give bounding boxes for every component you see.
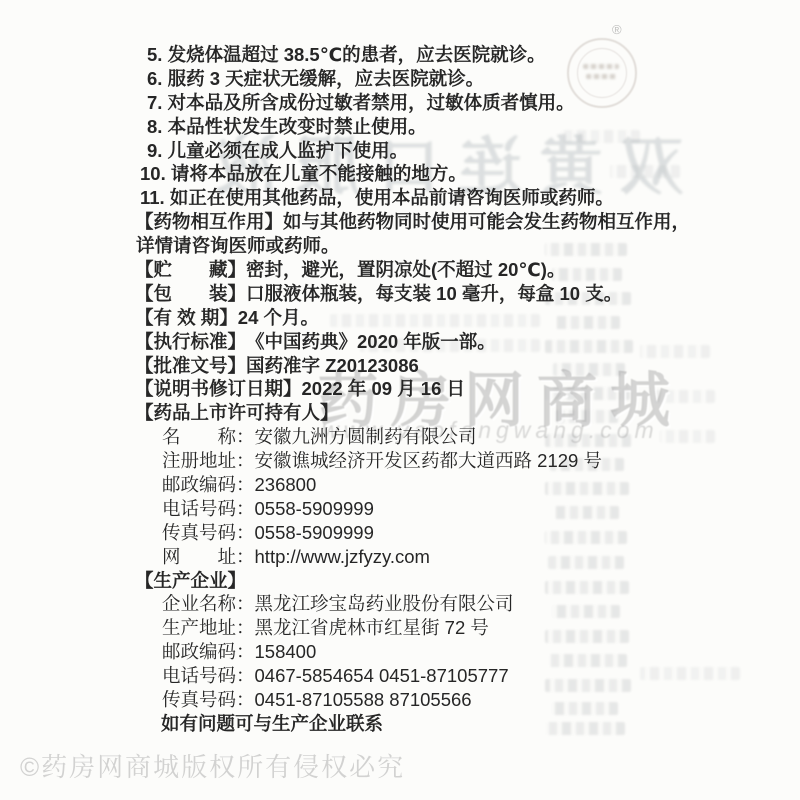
drug-interaction-continuation: 详情请咨询医师或药师。 (0, 234, 800, 258)
revision-date-label: 【说明书修订日期】 (135, 378, 302, 399)
manufacturer-address-row: 生产地址：黑龙江省虎林市红星街 72 号 (0, 616, 800, 640)
approval-number-label: 【批准文号】 (135, 354, 246, 378)
manufacturer-section-title: 【生产企业】 (0, 569, 800, 593)
manufacturer-phone-value: 0467-5854654 0451-87105777 (255, 665, 509, 686)
holder-website-value: http://www.jzfyzy.com (255, 546, 430, 567)
manufacturer-fax-value: 0451-87105588 87105566 (255, 689, 472, 710)
standard-line: 【执行标准】《中国药典》2020 年版一部。 (0, 330, 800, 354)
holder-name-value: 安徽九洲方圆制药有限公司 (255, 426, 477, 447)
manufacturer-address-label: 生产地址： (162, 616, 255, 640)
holder-website-row: 网 址：http://www.jzfyzy.com (0, 545, 800, 569)
holder-address-label: 注册地址： (162, 449, 255, 473)
validity-label: 【有 效 期】 (135, 306, 238, 330)
manufacturer-phone-label: 电话号码： (162, 664, 255, 688)
storage-label: 【贮 藏】 (135, 258, 246, 282)
package-label: 【包 装】 (135, 282, 246, 306)
manufacturer-name-value: 黑龙江珍宝岛药业股份有限公司 (255, 593, 514, 614)
drug-interaction-label: 【药物相互作用】 (135, 211, 283, 232)
holder-postcode-row: 邮政编码：236800 (0, 473, 800, 497)
validity-value: 24 个月。 (238, 307, 319, 328)
precaution-item-7: 7. 对本品及所含成份过敏者禁用，过敏体质者慎用。 (0, 91, 800, 115)
holder-fax-value: 0558-5909999 (255, 522, 374, 543)
storage-value: 密封，避光，置阴凉处(不超过 20℃)。 (246, 259, 565, 280)
approval-number-line: 【批准文号】国药准字 Z20123086 (0, 354, 800, 378)
precaution-item-6: 6. 服药 3 天症状无缓解，应去医院就诊。 (0, 67, 800, 91)
drug-leaflet-scan: 双黄连口服液 药房网商城 www.yaofangwang.com ® 5. 发烧… (0, 0, 800, 800)
revision-date-value: 2022 年 09 月 16 日 (302, 378, 466, 399)
manufacturer-postcode-row: 邮政编码：158400 (0, 640, 800, 664)
closing-note: 如有问题可与生产企业联系 (0, 712, 800, 736)
manufacturer-fax-row: 传真号码：0451-87105588 87105566 (0, 688, 800, 712)
holder-name-label: 名 称： (162, 425, 255, 449)
holder-name-row: 名 称：安徽九洲方圆制药有限公司 (0, 425, 800, 449)
revision-date-line: 【说明书修订日期】2022 年 09 月 16 日 (0, 377, 800, 401)
manufacturer-name-row: 企业名称：黑龙江珍宝岛药业股份有限公司 (0, 592, 800, 616)
holder-postcode-value: 236800 (255, 474, 317, 495)
drug-interaction-line: 【药物相互作用】如与其他药物同时使用可能会发生药物相互作用， (0, 210, 800, 234)
manufacturer-fax-label: 传真号码： (162, 688, 255, 712)
precaution-item-9: 9. 儿童必须在成人监护下使用。 (0, 139, 800, 163)
holder-phone-value: 0558-5909999 (255, 498, 374, 519)
precaution-item-8: 8. 本品性状发生改变时禁止使用。 (0, 115, 800, 139)
holder-fax-row: 传真号码：0558-5909999 (0, 521, 800, 545)
standard-label: 【执行标准】 (135, 330, 246, 354)
approval-number-value: 国药准字 Z20123086 (246, 355, 419, 376)
holder-website-label: 网 址： (162, 545, 255, 569)
precaution-item-5: 5. 发烧体温超过 38.5℃的患者，应去医院就诊。 (0, 43, 800, 67)
standard-value: 《中国药典》2020 年版一部。 (246, 331, 496, 352)
precaution-item-11: 11. 如正在使用其他药品，使用本品前请咨询医师或药师。 (0, 186, 800, 210)
holder-address-row: 注册地址：安徽谯城经济开发区药都大道西路 2129 号 (0, 449, 800, 473)
manufacturer-phone-row: 电话号码：0467-5854654 0451-87105777 (0, 664, 800, 688)
holder-phone-row: 电话号码：0558-5909999 (0, 497, 800, 521)
holder-section-title: 【药品上市许可持有人】 (0, 401, 800, 425)
holder-address-value: 安徽谯城经济开发区药都大道西路 2129 号 (255, 450, 602, 471)
precaution-item-10: 10. 请将本品放在儿童不能接触的地方。 (0, 162, 800, 186)
registered-trademark-icon: ® (612, 22, 622, 37)
package-line: 【包 装】口服液体瓶装，每支装 10 毫升，每盒 10 支。 (0, 282, 800, 306)
drug-interaction-text: 如与其他药物同时使用可能会发生药物相互作用， (283, 211, 690, 232)
holder-phone-label: 电话号码： (162, 497, 255, 521)
manufacturer-address-value: 黑龙江省虎林市红星街 72 号 (255, 617, 489, 638)
storage-line: 【贮 藏】密封，避光，置阴凉处(不超过 20℃)。 (0, 258, 800, 282)
package-value: 口服液体瓶装，每支装 10 毫升，每盒 10 支。 (246, 283, 622, 304)
validity-line: 【有 效 期】24 个月。 (0, 306, 800, 330)
manufacturer-postcode-value: 158400 (255, 641, 317, 662)
holder-fax-label: 传真号码： (162, 521, 255, 545)
holder-postcode-label: 邮政编码： (162, 473, 255, 497)
manufacturer-postcode-label: 邮政编码： (162, 640, 255, 664)
manufacturer-name-label: 企业名称： (162, 592, 255, 616)
leaflet-text-block: 5. 发烧体温超过 38.5℃的患者，应去医院就诊。 6. 服药 3 天症状无缓… (0, 43, 800, 736)
copyright-watermark: ©药房网商城版权所有侵权必究 (20, 747, 405, 784)
